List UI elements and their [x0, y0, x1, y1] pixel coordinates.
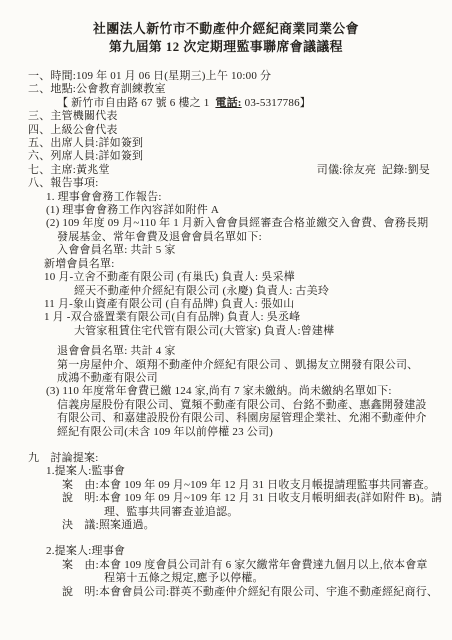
report-line: 第一房屋仲介、頌翔不動產仲介經紀有限公司 、凱揚友立開發有限公司、: [0, 359, 452, 372]
report-line: 大管家租賃住宅代管有限公司(大管家) 負責人:曾建樺: [0, 325, 452, 338]
discussion-line: 決 議:照案通過。: [0, 519, 452, 532]
report-line: 信義房屋股份有限公司、寬頻不動產有限公司、台銘不動產、惠鑫開發建設: [0, 399, 452, 412]
discussion-line: 理、監事共同審查並追認。: [0, 506, 452, 519]
document-title-line1: 社團法人新竹市不動產仲介經紀商業同業公會: [0, 20, 452, 38]
report-line: 發展基金、常年會費及退會會員名單如下:: [0, 231, 452, 244]
report-line: 新增會員名單:: [0, 258, 452, 271]
document-page: 社團法人新竹市不動產仲介經紀商業同業公會 第九屆第 12 次定期理監事聯席會議議…: [0, 0, 452, 640]
report-line: (1) 理事會會務工作內容詳如附件 A: [0, 204, 452, 217]
line-chair: 七、主席:黃兆堂司儀:徐友亮 記錄:劉旻: [0, 164, 452, 177]
discussion-section-header: 九 討論提案:: [0, 452, 452, 465]
report-line: 成鴻不動產有限公司: [0, 372, 452, 385]
mc-and-recorder: 司儀:徐友亮 記錄:劉旻: [317, 164, 430, 177]
report-line: 11 月-象山資產有限公司 (自有品牌) 負責人: 張如山: [0, 298, 452, 311]
report-line: 經天不動產仲介經紀有限公司 (永慶) 負責人: 古美玲: [0, 285, 452, 298]
discussion-line: 說 明:本會會員公司:群英不動產仲介經紀有限公司、宇進不動產經紀商行、: [0, 586, 452, 599]
phone-label: 電話:: [215, 97, 241, 109]
report-line: 經紀有限公司(未含 109 年以前停權 23 公司): [0, 426, 452, 439]
discussion-line: 案 由:本會 109 度會員公司計有 6 家欠繳常年會費達九個月以上,依本會章: [0, 559, 452, 572]
report-line: 10 月-立舍不動產有限公司 (有巢氏) 負責人: 吳采樺: [0, 271, 452, 284]
line-place: 二、地點:公會教育訓練教室: [0, 83, 452, 96]
phone-number: 03-5317786】: [242, 97, 311, 109]
line-attendees: 五、出席人員:詳如簽到: [0, 137, 452, 150]
discussion-line: 1.提案人:監事會: [0, 465, 452, 478]
document-body: 一、時間:109 年 01 月 06 日(星期三)上午 10:00 分 二、地點…: [0, 70, 452, 599]
discussion-line: 說 明:本會 109 年 09 月~109 年 12 月 31 日收支月帳明細表…: [0, 492, 452, 505]
discussion-line: 程第十五條之規定,應予以停權。: [0, 572, 452, 585]
report-line: (3) 110 年度常年會費已繳 124 家,尚有 7 家未繳納。尚未繳納名單如…: [0, 385, 452, 398]
report-line: (2) 109 年度 09 月~110 年 1 月新入會會員經審查合格並繳交入會…: [0, 217, 452, 230]
line-address: 【 新竹市自由路 67 號 6 樓之 1 電話: 03-5317786】: [0, 97, 452, 110]
line-upper-assoc-rep: 四、上級公會代表: [0, 124, 452, 137]
line-time: 一、時間:109 年 01 月 06 日(星期三)上午 10:00 分: [0, 70, 452, 83]
report-section-header: 八、報告事項:: [0, 177, 452, 190]
report-line: 1 月 -双合盛置業有限公司(自有品牌) 負責人: 吳丞峰: [0, 311, 452, 324]
line-authority-rep: 三、主管機關代表: [0, 110, 452, 123]
discussion-line: 2.提案人:理事會: [0, 545, 452, 558]
document-title-line2: 第九屆第 12 次定期理監事聯席會議議程: [0, 38, 452, 56]
report-line: 1. 理事會會務工作報告:: [0, 191, 452, 204]
line-observers: 六、列席人員:詳如簽到: [0, 150, 452, 163]
title-block: 社團法人新竹市不動產仲介經紀商業同業公會 第九屆第 12 次定期理監事聯席會議議…: [0, 0, 452, 56]
report-line: 有限公司、和嘉建設股份有限公司、科園房屋管理企業社、允湘不動產仲介: [0, 412, 452, 425]
report-line: 退會會員名單: 共計 4 家: [0, 345, 452, 358]
report-line: 入會會員名單: 共計 5 家: [0, 244, 452, 257]
chair-name: 七、主席:黃兆堂: [28, 164, 110, 177]
address-text: 【 新竹市自由路 67 號 6 樓之 1: [57, 97, 215, 109]
discussion-line: 案 由:本會 109 年 09 月~109 年 12 月 31 日收支月帳提請理…: [0, 479, 452, 492]
